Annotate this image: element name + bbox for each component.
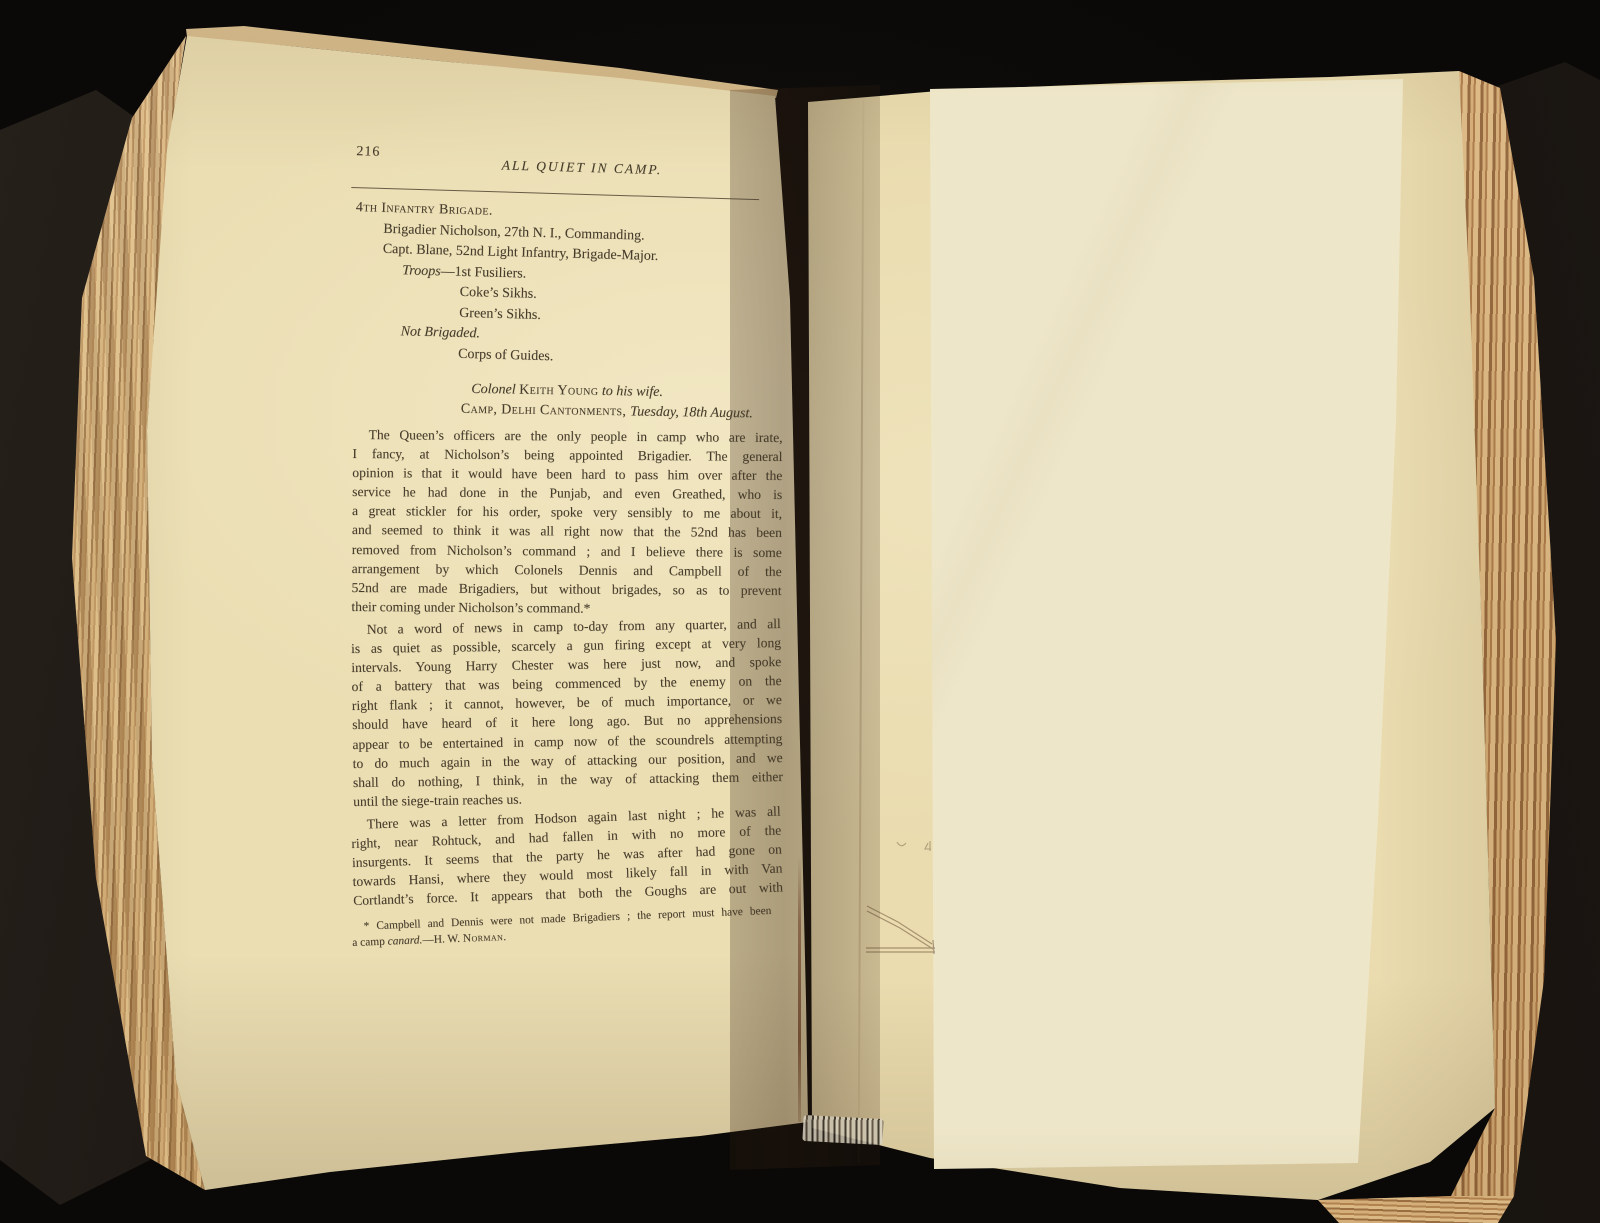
page-number: 216 xyxy=(356,144,380,161)
top-page-edges xyxy=(0,0,1600,1223)
plate-showthrough-marks xyxy=(840,810,970,980)
bottom-right-page-edges xyxy=(0,0,1600,1223)
plate-leaf-edge xyxy=(858,100,864,1162)
gutter-shadow xyxy=(0,0,1600,1223)
right-fore-edge-pages xyxy=(0,0,1600,1223)
page-header: 216 ALL QUIET IN CAMP. xyxy=(351,140,782,201)
left-book-cover xyxy=(0,0,1600,1223)
right-page xyxy=(0,0,1600,1223)
gutter-crease-line xyxy=(798,856,801,1122)
right-book-cover xyxy=(0,0,1600,1223)
antique-book-photograph: 216 ALL QUIET IN CAMP. 4th Infantry Brig… xyxy=(0,0,1600,1223)
left-fore-edge-pages xyxy=(0,0,1600,1223)
left-page xyxy=(0,0,1600,1223)
header-rule xyxy=(351,187,759,200)
binding-headband-stitches xyxy=(802,1115,883,1145)
brigade-roster-block: 4th Infantry Brigade.Brigadier Nicholson… xyxy=(350,198,784,373)
footnote: * Campbell and Dennis were not made Brig… xyxy=(351,904,772,951)
letter-heading: Colonel Keith Young to his wife.Camp, De… xyxy=(352,378,783,425)
paragraph-3: There was a letter from Hodson again las… xyxy=(351,802,784,911)
left-page-text-column: 216 ALL QUIET IN CAMP. 4th Infantry Brig… xyxy=(352,140,782,951)
paragraph-2: Not a word of news in camp to-day from a… xyxy=(351,614,784,811)
tissue-guard xyxy=(0,0,1600,1223)
paragraph-1: The Queen’s officers are the only people… xyxy=(351,425,782,619)
running-header: ALL QUIET IN CAMP. xyxy=(392,154,772,181)
